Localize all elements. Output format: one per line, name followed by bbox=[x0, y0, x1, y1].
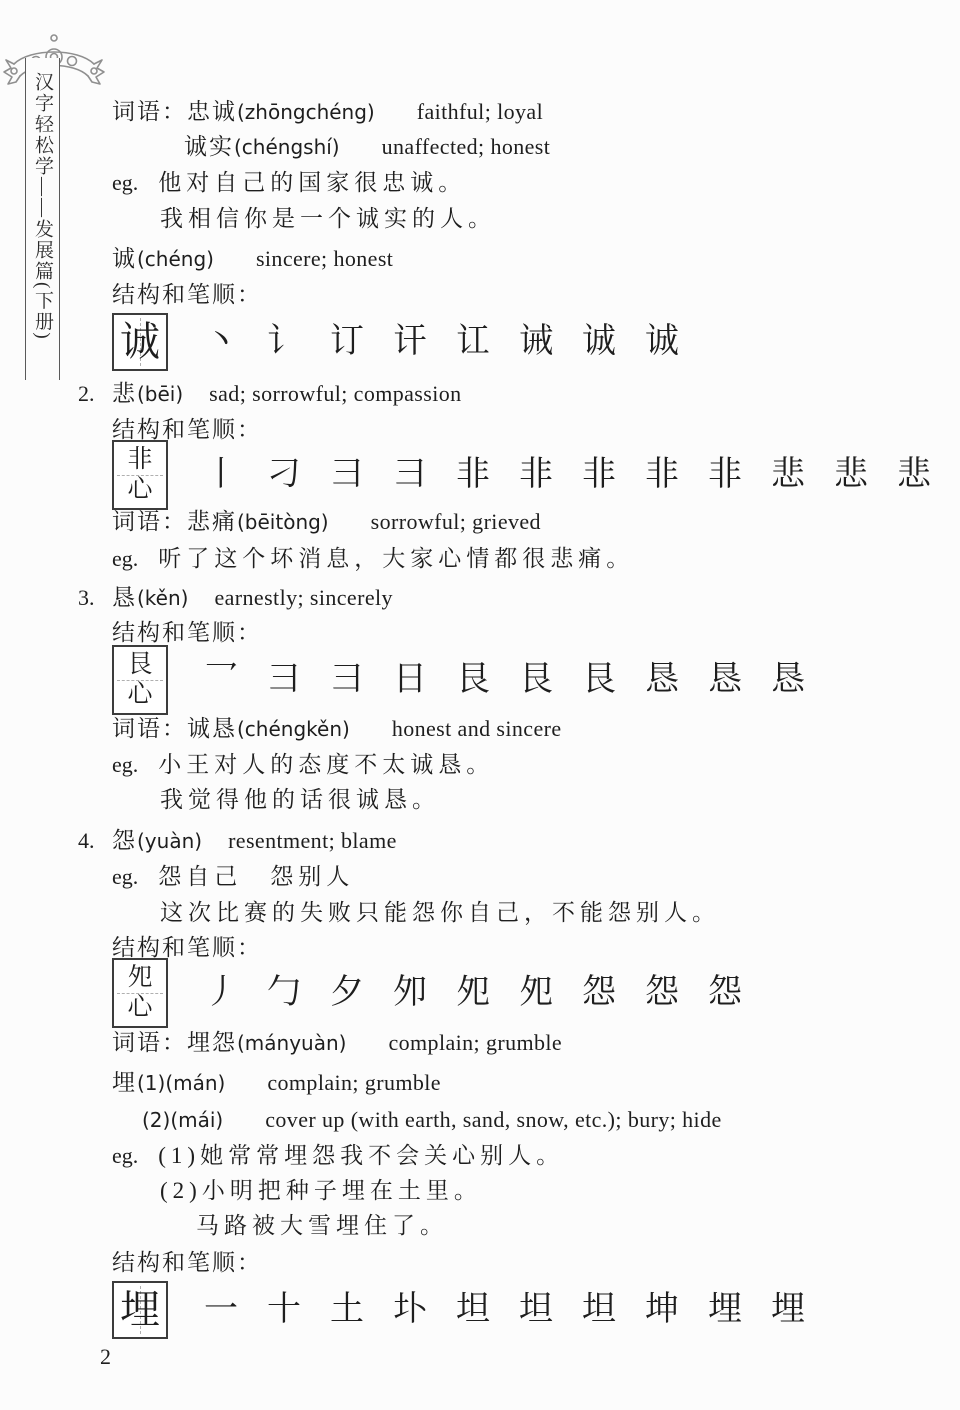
example-sentence: 小王对人的态度不太诚恳。 bbox=[158, 752, 494, 777]
stroke-row-ken: 艮 心 乛 彐 彐 日 艮 艮 艮 恳 恳 恳 bbox=[112, 645, 832, 715]
line-structure-label: 结构和笔顺： bbox=[112, 278, 262, 312]
page-content: 词语：忠诚(zhōngchéng)faithful; loyal 诚实(chén… bbox=[112, 0, 958, 1410]
line-ciyu-yuan: 词语：埋怨(mányuàn)complain; grumble bbox=[112, 1026, 562, 1060]
stroke-cell: 恳 bbox=[769, 648, 807, 712]
example-sentence: 我相信你是一个诚实的人。 bbox=[160, 206, 496, 231]
headword-english: resentment; blame bbox=[228, 828, 397, 853]
stroke-cell: 土 bbox=[328, 1278, 366, 1342]
sense-english: cover up (with earth, sand, snow, etc.);… bbox=[265, 1107, 721, 1132]
word-english: sorrowful; grieved bbox=[371, 509, 541, 534]
stroke-cell: 诚 bbox=[643, 310, 681, 374]
structure-label: 结构和笔顺： bbox=[112, 417, 262, 442]
sidebar-strip: 汉字轻松学——发展篇(下册) bbox=[25, 58, 60, 380]
example-sentence: (1)她常常埋怨我不会关心别人。 bbox=[158, 1143, 564, 1168]
boxed-component-bottom: 心 bbox=[127, 680, 152, 710]
stroke-cell: 怨 bbox=[706, 961, 744, 1025]
line-ciyu-bei: 词语：悲痛(bēitòng)sorrowful; grieved bbox=[112, 505, 541, 539]
stroke-cell: 艮 bbox=[517, 648, 555, 712]
eg-label: eg. bbox=[112, 1143, 138, 1168]
sense-label: (2)(mái) bbox=[142, 1108, 223, 1132]
headword: 诚 bbox=[112, 246, 137, 271]
stroke-row-cheng: 诚 丶 讠 订 讦 讧 诫 诚 诚 bbox=[112, 310, 706, 374]
stroke-cell: 埋 bbox=[769, 1278, 807, 1342]
stroke-cell: 非 bbox=[706, 443, 744, 507]
word-zh: 埋怨 bbox=[187, 1030, 237, 1055]
stroke-cell: 怨 bbox=[580, 961, 618, 1025]
stroke-cell: 刁 bbox=[265, 443, 303, 507]
boxed-component-bottom: 心 bbox=[127, 475, 152, 505]
example-sentence: 他对自己的国家很忠诚。 bbox=[158, 170, 466, 195]
word-english: honest and sincere bbox=[392, 716, 562, 741]
book-page: 汉字轻松学——发展篇(下册) 词语：忠诚(zhōngchéng)faithful… bbox=[0, 0, 960, 1410]
boxed-component-top: 夗 bbox=[127, 963, 152, 993]
section-number: 4. bbox=[78, 824, 95, 858]
headword-english: sincere; honest bbox=[256, 246, 393, 271]
boxed-component-top: 艮 bbox=[127, 650, 152, 680]
section-number: 2. bbox=[78, 377, 95, 411]
headword-english: sad; sorrowful; compassion bbox=[209, 381, 461, 406]
line-eg1-mai: eg.(1)她常常埋怨我不会关心别人。 bbox=[112, 1139, 564, 1173]
word-english: unaffected; honest bbox=[382, 134, 551, 159]
example-sentence: 马路被大雪埋住了。 bbox=[196, 1213, 448, 1238]
word-zh: 忠诚 bbox=[187, 99, 237, 124]
example-sentence: 听了这个坏消息，大家心情都很悲痛。 bbox=[158, 546, 634, 571]
line-eg2-cheng: 我相信你是一个诚实的人。 bbox=[160, 202, 496, 236]
stroke-cell: 彐 bbox=[391, 443, 429, 507]
stroke-cell: 艮 bbox=[580, 648, 618, 712]
stroke-cell: 讦 bbox=[391, 310, 429, 374]
structure-label: 结构和笔顺： bbox=[112, 935, 262, 960]
word-pinyin: (zhōngchéng) bbox=[237, 100, 375, 124]
line-mai-sense2: (2)(mái)cover up (with earth, sand, snow… bbox=[142, 1103, 722, 1137]
stroke-cell: 怨 bbox=[643, 961, 681, 1025]
line-eg2-mai: (2)小明把种子埋在土里。 bbox=[160, 1174, 482, 1208]
word-pinyin: (bēitòng) bbox=[237, 510, 329, 534]
line-eg-bei: eg.听了这个坏消息，大家心情都很悲痛。 bbox=[112, 542, 634, 576]
stroke-cell: 悲 bbox=[832, 443, 870, 507]
eg-label: eg. bbox=[112, 864, 138, 889]
stroke-cell: 恳 bbox=[706, 648, 744, 712]
line-headword-cheng: 诚(chéng)sincere; honest bbox=[112, 242, 393, 276]
stroke-cell: 诫 bbox=[517, 310, 555, 374]
line-eg3-mai: 马路被大雪埋住了。 bbox=[196, 1209, 448, 1243]
character-structure-box: 非 心 bbox=[112, 440, 168, 510]
stroke-cell: 勹 bbox=[265, 961, 303, 1025]
line-word2-cheng: 诚实(chéngshí)unaffected; honest bbox=[184, 130, 550, 164]
character-structure-box: 诚 bbox=[112, 313, 168, 371]
headword: 悲 bbox=[112, 381, 137, 406]
word-pinyin: (chéngshí) bbox=[234, 135, 340, 159]
headword-pinyin: (kěn) bbox=[137, 586, 188, 610]
character-structure-box: 艮 心 bbox=[112, 645, 168, 715]
line-mai-sense1: 埋(1)(mán)complain; grumble bbox=[112, 1066, 441, 1100]
line-structure-label: 结构和笔顺： bbox=[112, 1246, 262, 1280]
line-headword-bei: 2.悲(bēi)sad; sorrowful; compassion bbox=[112, 377, 462, 411]
stroke-cell: 乛 bbox=[202, 648, 240, 712]
stroke-cell: 埋 bbox=[706, 1278, 744, 1342]
structure-label: 结构和笔顺： bbox=[112, 620, 262, 645]
stroke-cell: 悲 bbox=[895, 443, 933, 507]
headword-english: earnestly; sincerely bbox=[214, 585, 392, 610]
stroke-cell: 非 bbox=[517, 443, 555, 507]
stroke-cell: 夗 bbox=[454, 961, 492, 1025]
stroke-cell: 丨 bbox=[202, 443, 240, 507]
character-structure-box: 埋 bbox=[112, 1281, 168, 1339]
line-eg2-ken: 我觉得他的话很诚恳。 bbox=[160, 783, 440, 817]
stroke-cell: 非 bbox=[454, 443, 492, 507]
headword: 怨 bbox=[112, 828, 137, 853]
headword: 恳 bbox=[112, 585, 137, 610]
headword-pinyin: (chéng) bbox=[137, 247, 214, 271]
word-zh: 悲痛 bbox=[187, 509, 237, 534]
line-eg1-cheng: eg.他对自己的国家很忠诚。 bbox=[112, 166, 466, 200]
book-title-vertical: 汉字轻松学——发展篇(下册) bbox=[29, 72, 56, 341]
stroke-cell: 艮 bbox=[454, 648, 492, 712]
stroke-cell: 十 bbox=[265, 1278, 303, 1342]
headword-pinyin: (bēi) bbox=[137, 382, 183, 406]
example-sentence: 我觉得他的话很诚恳。 bbox=[160, 787, 440, 812]
stroke-cell: 丿 bbox=[202, 961, 240, 1025]
boxed-component-bottom: 心 bbox=[127, 993, 152, 1023]
stroke-row-yuan: 夗 心 丿 勹 夕 夘 夗 夗 怨 怨 怨 bbox=[112, 958, 769, 1028]
structure-label: 结构和笔顺： bbox=[112, 282, 262, 307]
structure-label: 结构和笔顺： bbox=[112, 1250, 262, 1275]
stroke-row-bei: 非 心 丨 刁 彐 彐 非 非 非 非 非 悲 悲 悲 bbox=[112, 440, 958, 510]
stroke-cell: 悲 bbox=[769, 443, 807, 507]
stroke-cell: 恳 bbox=[643, 648, 681, 712]
character-structure-box: 夗 心 bbox=[112, 958, 168, 1028]
boxed-character: 埋 bbox=[120, 1290, 160, 1330]
stroke-cell: 圤 bbox=[391, 1278, 429, 1342]
ciyu-label: 词语： bbox=[112, 509, 187, 534]
stroke-cell: 坦 bbox=[517, 1278, 555, 1342]
stroke-cell: 夘 bbox=[391, 961, 429, 1025]
stroke-cell: 彐 bbox=[328, 443, 366, 507]
stroke-cell: 坤 bbox=[643, 1278, 681, 1342]
example-sentence: (2)小明把种子埋在土里。 bbox=[160, 1178, 482, 1203]
eg-label: eg. bbox=[112, 546, 138, 571]
word-pinyin: (mányuàn) bbox=[237, 1031, 346, 1055]
section-number: 3. bbox=[78, 581, 95, 615]
example-phrase: 怨自己 怨别人 bbox=[158, 864, 354, 889]
example-sentence: 这次比赛的失败只能怨你自己，不能怨别人。 bbox=[160, 900, 720, 925]
line-ciyu-cheng: 词语：忠诚(zhōngchéng)faithful; loyal bbox=[112, 95, 543, 129]
word-zh: 诚恳 bbox=[187, 716, 237, 741]
stroke-cell: 彐 bbox=[328, 648, 366, 712]
stroke-cell: 非 bbox=[643, 443, 681, 507]
stroke-cell: 日 bbox=[391, 648, 429, 712]
stroke-row-mai: 埋 一 十 土 圤 坦 坦 坦 坤 埋 埋 bbox=[112, 1278, 832, 1342]
word-english: complain; grumble bbox=[388, 1030, 562, 1055]
stroke-cell: 夕 bbox=[328, 961, 366, 1025]
word-pinyin: (chéngkěn) bbox=[237, 717, 350, 741]
stroke-cell: 坦 bbox=[580, 1278, 618, 1342]
stroke-cell: 夗 bbox=[517, 961, 555, 1025]
ciyu-label: 词语： bbox=[112, 1030, 187, 1055]
stroke-cell: 诚 bbox=[580, 310, 618, 374]
line-eg2-yuan: 这次比赛的失败只能怨你自己，不能怨别人。 bbox=[160, 896, 720, 930]
headword-pinyin: (yuàn) bbox=[137, 829, 202, 853]
sense-label: (1)(mán) bbox=[137, 1071, 225, 1095]
ciyu-label: 词语： bbox=[112, 716, 187, 741]
stroke-cell: 一 bbox=[202, 1278, 240, 1342]
line-ciyu-ken: 词语：诚恳(chéngkěn)honest and sincere bbox=[112, 712, 562, 746]
stroke-cell: 丶 bbox=[202, 310, 240, 374]
eg-label: eg. bbox=[112, 170, 138, 195]
stroke-cell: 讠 bbox=[265, 310, 303, 374]
line-eg1-ken: eg.小王对人的态度不太诚恳。 bbox=[112, 748, 494, 782]
page-number: 2 bbox=[100, 1344, 111, 1370]
line-headword-yuan: 4.怨(yuàn)resentment; blame bbox=[112, 824, 397, 858]
boxed-character: 诚 bbox=[120, 322, 160, 362]
word-english: faithful; loyal bbox=[417, 99, 543, 124]
line-eg1-yuan: eg.怨自己 怨别人 bbox=[112, 860, 354, 894]
stroke-cell: 非 bbox=[580, 443, 618, 507]
line-headword-ken: 3.恳(kěn)earnestly; sincerely bbox=[112, 581, 393, 615]
stroke-cell: 彐 bbox=[265, 648, 303, 712]
stroke-cell: 坦 bbox=[454, 1278, 492, 1342]
headword: 埋 bbox=[112, 1070, 137, 1095]
word-zh: 诚实 bbox=[184, 134, 234, 159]
stroke-cell: 讧 bbox=[454, 310, 492, 374]
boxed-component-top: 非 bbox=[127, 445, 152, 475]
stroke-cell: 订 bbox=[328, 310, 366, 374]
eg-label: eg. bbox=[112, 752, 138, 777]
ciyu-label: 词语： bbox=[112, 99, 187, 124]
sense-english: complain; grumble bbox=[267, 1070, 441, 1095]
